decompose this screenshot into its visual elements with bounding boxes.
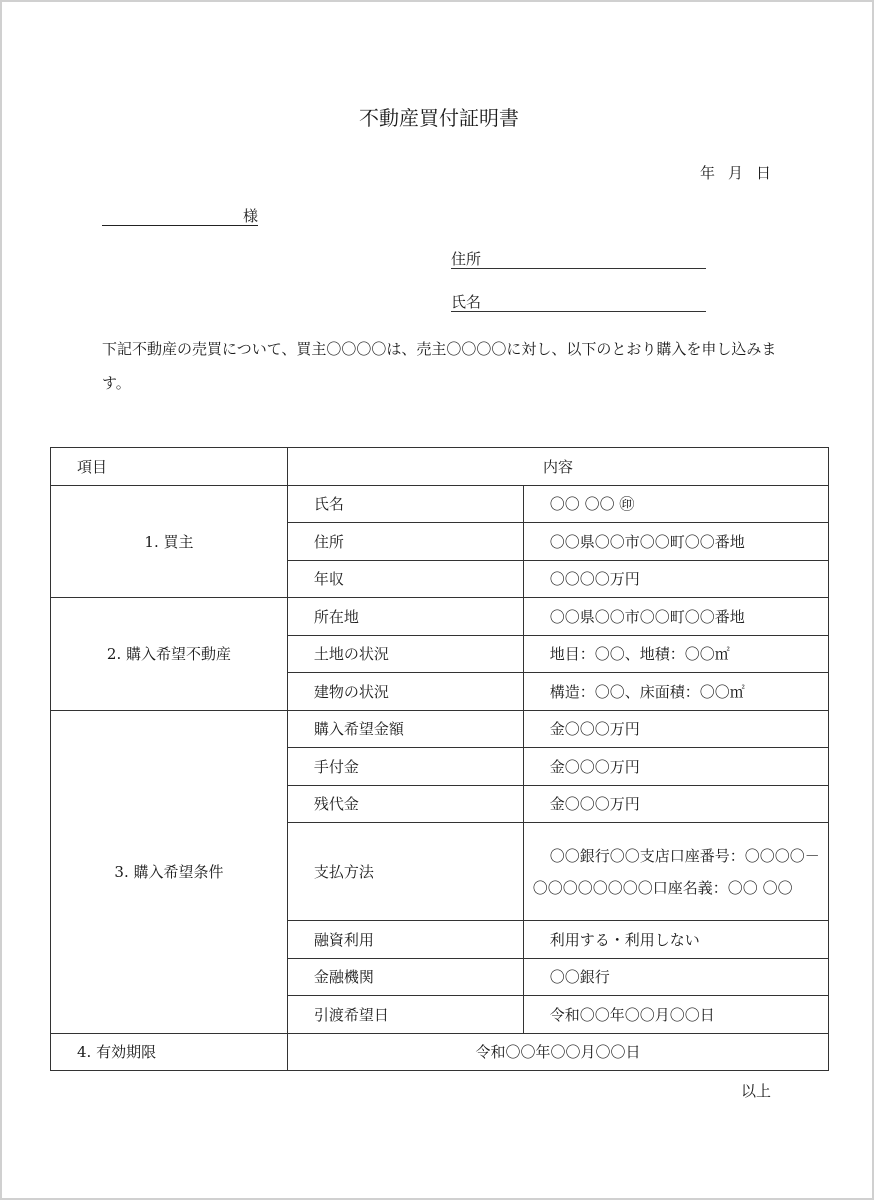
row-value[interactable]: 金〇〇〇万円 <box>523 785 828 823</box>
row-label: 引渡希望日 <box>287 996 523 1034</box>
row-value[interactable]: 〇〇県〇〇市〇〇町〇〇番地 <box>523 523 828 561</box>
header-item: 項目 <box>51 448 288 486</box>
addressee-line[interactable]: 様 <box>102 205 258 226</box>
header-content: 内容 <box>287 448 828 486</box>
row-label: 氏名 <box>287 485 523 523</box>
row-value[interactable]: 〇〇県〇〇市〇〇町〇〇番地 <box>523 598 828 636</box>
row-label: 手付金 <box>287 748 523 786</box>
row-label: 融資利用 <box>287 921 523 959</box>
expiry-value[interactable]: 令和〇〇年〇〇月〇〇日 <box>287 1033 828 1071</box>
document-page: 不動産買付証明書 年月日 様 住所 氏名 下記不動産の売買について、買主〇〇〇〇… <box>0 0 874 1200</box>
row-label: 支払方法 <box>287 823 523 921</box>
section-title-conditions: 3. 購入希望条件 <box>51 710 288 1033</box>
applicant-name-field[interactable]: 氏名 <box>451 291 706 312</box>
date-year: 年 <box>700 164 715 182</box>
row-label: 年収 <box>287 560 523 598</box>
row-label: 購入希望金額 <box>287 710 523 748</box>
applicant-address-field[interactable]: 住所 <box>451 248 706 269</box>
date-line: 年月日 <box>700 162 784 183</box>
row-label: 建物の状況 <box>287 673 523 711</box>
closing-text: 以上 <box>741 1080 771 1101</box>
table-row: 1. 買主 氏名 〇〇 〇〇 ㊞ <box>51 485 829 523</box>
table-row: 2. 購入希望不動産 所在地 〇〇県〇〇市〇〇町〇〇番地 <box>51 598 829 636</box>
row-value[interactable]: 令和〇〇年〇〇月〇〇日 <box>523 996 828 1034</box>
row-value[interactable]: 利用する・利用しない <box>523 921 828 959</box>
row-value[interactable]: 金〇〇〇万円 <box>523 748 828 786</box>
row-value[interactable]: 金〇〇〇万円 <box>523 710 828 748</box>
row-label: 残代金 <box>287 785 523 823</box>
table-row: 4. 有効期限 令和〇〇年〇〇月〇〇日 <box>51 1033 829 1071</box>
row-value[interactable]: 構造：〇〇、床面積：〇〇㎡ <box>523 673 828 711</box>
section-title-buyer: 1. 買主 <box>51 485 288 598</box>
row-value[interactable]: 〇〇〇〇万円 <box>523 560 828 598</box>
table-header-row: 項目 内容 <box>51 448 829 486</box>
row-label: 所在地 <box>287 598 523 636</box>
row-value[interactable]: 〇〇銀行 <box>523 958 828 996</box>
row-label: 住所 <box>287 523 523 561</box>
row-label: 金融機関 <box>287 958 523 996</box>
table-row: 3. 購入希望条件 購入希望金額 金〇〇〇万円 <box>51 710 829 748</box>
row-value-payment[interactable]: 〇〇銀行〇〇支店口座番号：〇〇〇〇－〇〇〇〇〇〇〇〇口座名義：〇〇 〇〇 <box>523 823 828 921</box>
row-value[interactable]: 地目：〇〇、地積：〇〇㎡ <box>523 635 828 673</box>
date-day: 日 <box>756 164 771 182</box>
payment-method-text: 〇〇銀行〇〇支店口座番号：〇〇〇〇－〇〇〇〇〇〇〇〇口座名義：〇〇 〇〇 <box>533 847 820 897</box>
section-title-expiry: 4. 有効期限 <box>51 1033 288 1071</box>
applicant-name-label: 氏名 <box>451 293 481 311</box>
applicant-address-label: 住所 <box>451 250 481 268</box>
row-value[interactable]: 〇〇 〇〇 ㊞ <box>523 485 828 523</box>
purchase-terms-table: 項目 内容 1. 買主 氏名 〇〇 〇〇 ㊞ 住所 〇〇県〇〇市〇〇町〇〇番地 … <box>50 447 829 1071</box>
section-title-property: 2. 購入希望不動産 <box>51 598 288 711</box>
intro-paragraph: 下記不動産の売買について、買主〇〇〇〇は、売主〇〇〇〇に対し、以下のとおり購入を… <box>102 332 802 400</box>
document-title: 不動産買付証明書 <box>2 102 874 131</box>
row-label: 土地の状況 <box>287 635 523 673</box>
addressee-suffix: 様 <box>243 207 258 225</box>
date-month: 月 <box>728 164 743 182</box>
